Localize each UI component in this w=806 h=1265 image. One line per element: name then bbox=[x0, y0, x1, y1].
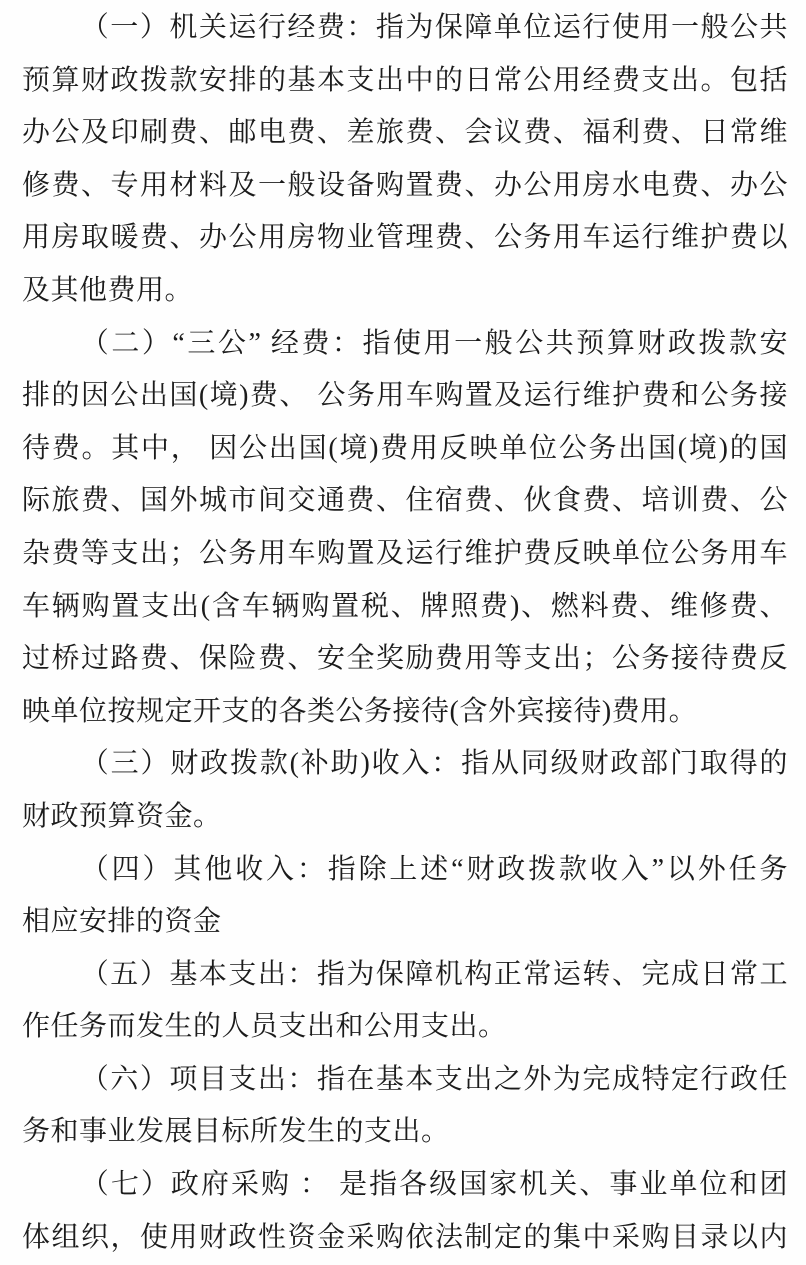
definition-paragraph-fiscal-appropriation-income: （三）财政拨款(补助)收入：指从同级财政部门取得的 财政预算资金。 bbox=[22, 738, 788, 843]
text-line: 车辆购置支出(含车辆购置税、牌照费)、燃料费、维修费、 bbox=[22, 581, 788, 634]
text-line: （七）政府采购 ： 是指各级国家机关、事业单位和团 bbox=[22, 1159, 788, 1212]
text-line: 预算财政拨款安排的基本支出中的日常公用经费支出。包括 bbox=[22, 55, 788, 108]
definition-paragraph-three-public-expenses: （二）“三公” 经费：指使用一般公共预算财政拨款安 排的因公出国(境)费、 公务… bbox=[22, 318, 788, 739]
text-line: 待费。其中， 因公出国(境)费用反映单位公务出国(境)的国 bbox=[22, 423, 788, 476]
text-line: （四）其他收入：指除上述“财政拨款收入”以外任务 bbox=[22, 844, 788, 897]
text-line: （三）财政拨款(补助)收入：指从同级财政部门取得的 bbox=[22, 738, 788, 791]
definition-paragraph-project-expenditure: （六）项目支出：指在基本支出之外为完成特定行政任 务和事业发展目标所发生的支出。 bbox=[22, 1054, 788, 1159]
text-line: 财政预算资金。 bbox=[22, 791, 788, 844]
text-line: 体组织，使用财政性资金采购依法制定的集中采购目录以内 bbox=[22, 1212, 788, 1265]
text-line: 务和事业发展目标所发生的支出。 bbox=[22, 1106, 788, 1159]
text-line: （六）项目支出：指在基本支出之外为完成特定行政任 bbox=[22, 1054, 788, 1107]
text-line: 修费、专用材料及一般设备购置费、办公用房水电费、办公 bbox=[22, 160, 788, 213]
text-line: 际旅费、国外城市间交通费、住宿费、伙食费、培训费、公 bbox=[22, 475, 788, 528]
text-line: 办公及印刷费、邮电费、差旅费、会议费、福利费、日常维 bbox=[22, 107, 788, 160]
definition-paragraph-basic-expenditure: （五）基本支出：指为保障机构正常运转、完成日常工 作任务而发生的人员支出和公用支… bbox=[22, 949, 788, 1054]
definition-paragraph-agency-operating-funds: （一）机关运行经费：指为保障单位运行使用一般公共 预算财政拨款安排的基本支出中的… bbox=[22, 2, 788, 318]
text-line: （二）“三公” 经费：指使用一般公共预算财政拨款安 bbox=[22, 318, 788, 371]
text-line: 相应安排的资金 bbox=[22, 896, 788, 949]
text-line: 过桥过路费、保险费、安全奖励费用等支出；公务接待费反 bbox=[22, 633, 788, 686]
text-line: 用房取暖费、办公用房物业管理费、公务用车运行维护费以 bbox=[22, 212, 788, 265]
text-line: 杂费等支出；公务用车购置及运行维护费反映单位公务用车 bbox=[22, 528, 788, 581]
text-line: 作任务而发生的人员支出和公用支出。 bbox=[22, 1001, 788, 1054]
definition-paragraph-government-procurement: （七）政府采购 ： 是指各级国家机关、事业单位和团 体组织，使用财政性资金采购依… bbox=[22, 1159, 788, 1264]
document-page: （一）机关运行经费：指为保障单位运行使用一般公共 预算财政拨款安排的基本支出中的… bbox=[0, 0, 806, 1265]
text-line: 及其他费用。 bbox=[22, 265, 788, 318]
text-line: （五）基本支出：指为保障机构正常运转、完成日常工 bbox=[22, 949, 788, 1002]
definition-paragraph-other-income: （四）其他收入：指除上述“财政拨款收入”以外任务 相应安排的资金 bbox=[22, 844, 788, 949]
text-line: 排的因公出国(境)费、 公务用车购置及运行维护费和公务接 bbox=[22, 370, 788, 423]
text-line: 映单位按规定开支的各类公务接待(含外宾接待)费用。 bbox=[22, 686, 788, 739]
text-line: （一）机关运行经费：指为保障单位运行使用一般公共 bbox=[22, 2, 788, 55]
